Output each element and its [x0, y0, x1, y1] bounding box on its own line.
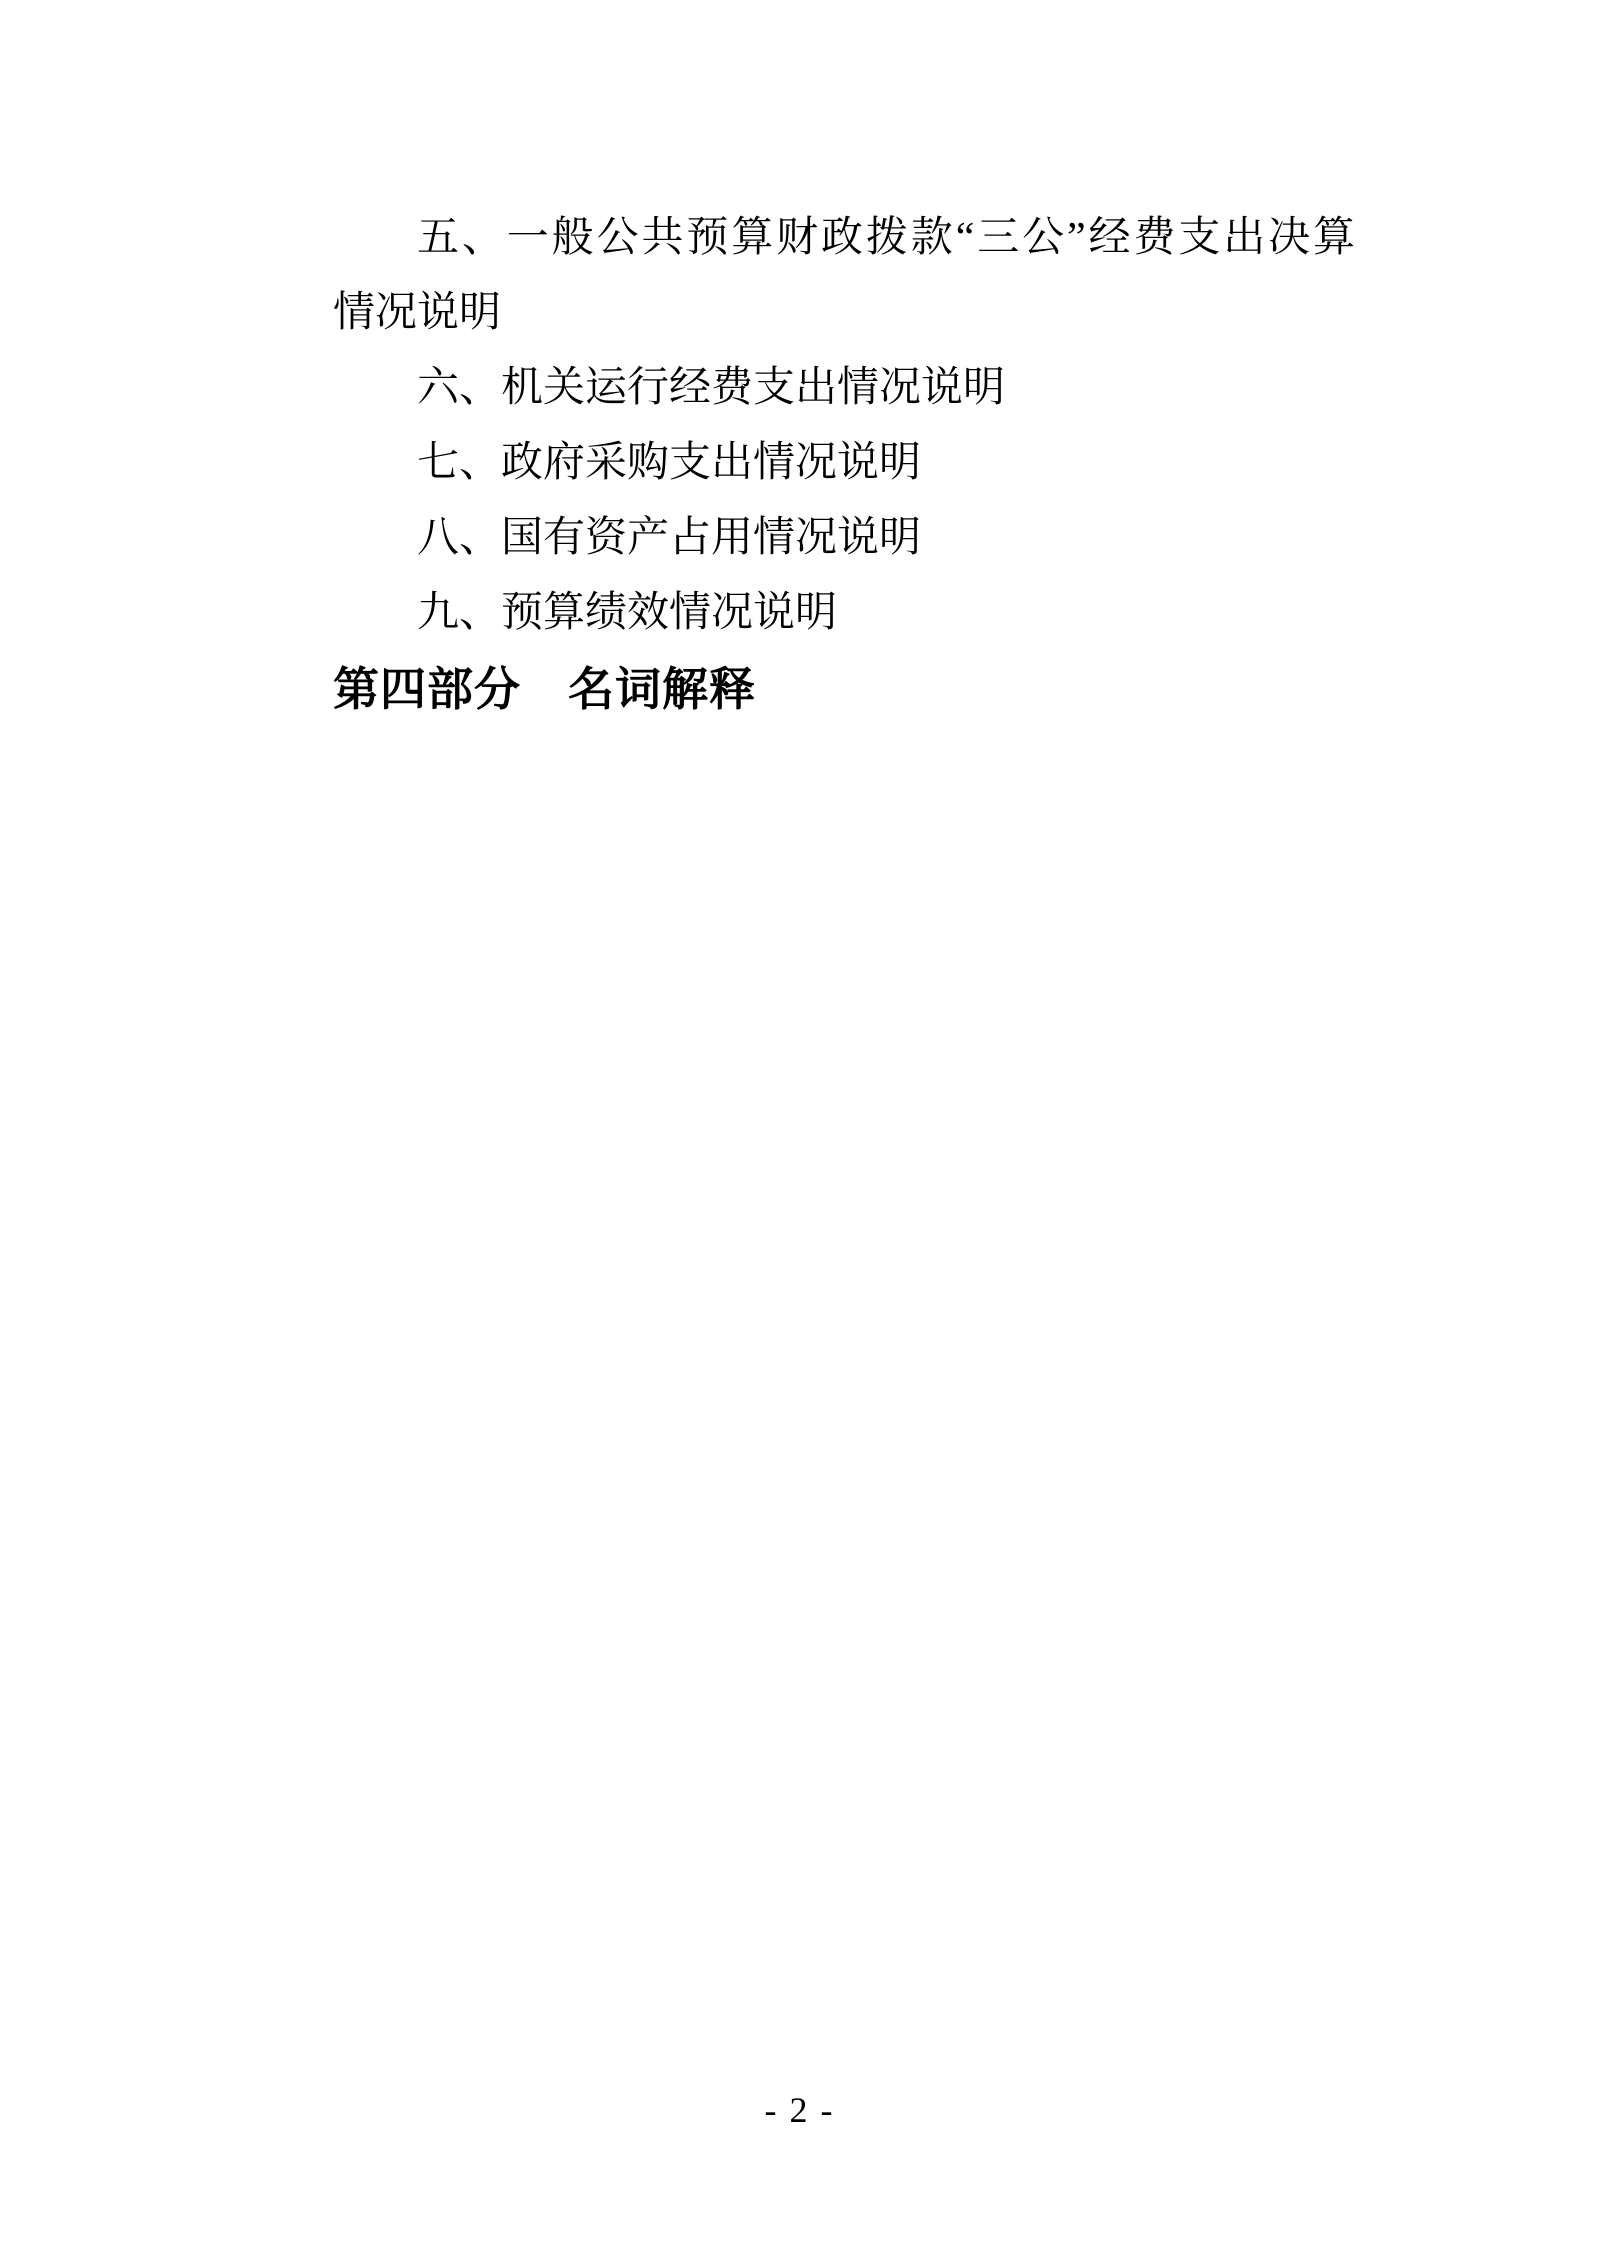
toc-line-item-7: 七、政府采购支出情况说明 [333, 426, 1355, 501]
document-page: 五、一般公共预算财政拨款“三公”经费支出决算 情况说明 六、机关运行经费支出情况… [0, 0, 1599, 2262]
toc-section: 五、一般公共预算财政拨款“三公”经费支出决算 情况说明 六、机关运行经费支出情况… [333, 201, 1355, 728]
page-number: - 2 - [765, 2090, 835, 2130]
page-footer: - 2 - [0, 2088, 1599, 2132]
toc-line-item-5: 五、一般公共预算财政拨款“三公”经费支出决算 [333, 201, 1355, 276]
toc-line-item-5-continuation: 情况说明 [333, 276, 1355, 351]
toc-line-item-8: 八、国有资产占用情况说明 [333, 501, 1355, 576]
toc-line-item-6: 六、机关运行经费支出情况说明 [333, 351, 1355, 426]
section-heading-part-4: 第四部分 名词解释 [333, 651, 1355, 728]
toc-line-item-9: 九、预算绩效情况说明 [333, 576, 1355, 651]
